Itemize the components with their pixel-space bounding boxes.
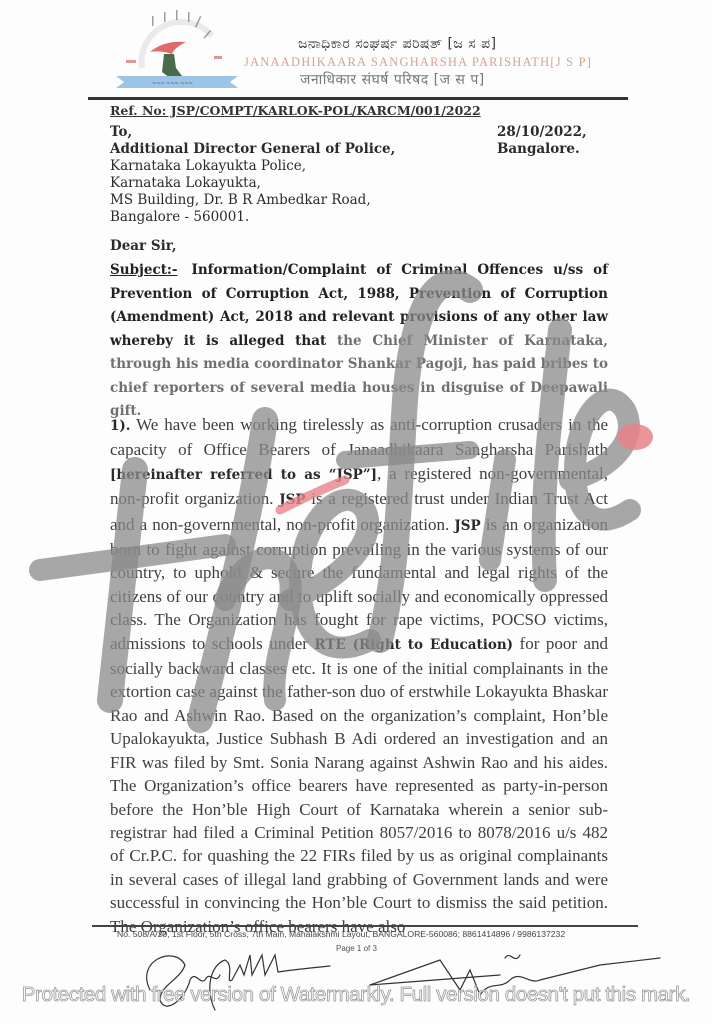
recipient-address: To, Additional Director General of Polic… [110, 124, 395, 226]
org-name-english: JANAADHIKAARA SANGHARSHA PARISHATH[J S P… [244, 55, 592, 70]
recipient-title: Additional Director General of Police, [110, 141, 395, 158]
para-text: We have been working tirelessly as anti-… [110, 415, 608, 459]
reference-number: Ref. No: JSP/COMPT/KARLOK-POL/KARCM/001/… [110, 103, 481, 118]
subject-label: Subject:- [110, 262, 178, 278]
recipient-line: Karnataka Lokayukta, [110, 175, 395, 192]
para-bold: RTE (Right to Education) [314, 637, 513, 653]
footer-address: No. 508/A/20, 1st Floor, 5th Cross, 7th … [117, 929, 565, 939]
footer-divider [92, 925, 638, 927]
para-bold: JSP [279, 492, 305, 508]
subject: Subject:-Information/Complaint of Crimin… [110, 259, 608, 424]
para-text: is an organization born to fight against… [110, 515, 608, 653]
signatures [0, 940, 712, 1024]
torch-emblem-logo: ~~~ ~~~ ~~~ [112, 6, 242, 94]
para-text: for poor and socially backward classes e… [110, 634, 608, 936]
recipient-line: Bangalore - 560001. [110, 209, 395, 226]
letter-date: 28/10/2022, [497, 124, 587, 141]
svg-text:~~~ ~~~ ~~~: ~~~ ~~~ ~~~ [152, 81, 193, 87]
para-bold: [hereinafter referred to as “JSP”] [110, 467, 377, 483]
salutation: Dear Sir, [110, 238, 177, 254]
para-bold: JSP [454, 518, 480, 534]
paragraph-number: 1). [110, 418, 130, 434]
recipient-line: MS Building, Dr. B R Ambedkar Road, [110, 192, 395, 209]
paragraph-1: 1). We have been working tirelessly as a… [110, 413, 608, 938]
to-label: To, [110, 124, 395, 141]
date-place: 28/10/2022, Bangalore. [497, 124, 587, 158]
letter-place: Bangalore. [497, 141, 587, 158]
header-divider [88, 97, 628, 100]
org-name-hindi: जनाधिकार संघर्ष परिषद [ज स प] [300, 70, 485, 89]
watermarkly-notice: Protected with free version of Watermark… [0, 983, 712, 1007]
org-name-kannada: ಜನಾಧಿಕಾರ ಸಂಘರ್ಷ ಪರಿಷತ್ [ಜ ಸ ಪ] [298, 36, 497, 52]
document-page: ~~~ ~~~ ~~~ ಜನಾಧಿಕಾರ ಸಂಘರ್ಷ ಪರಿಷತ್ [ಜ ಸ … [0, 0, 712, 1024]
recipient-line: Karnataka Lokayukta Police, [110, 158, 395, 175]
